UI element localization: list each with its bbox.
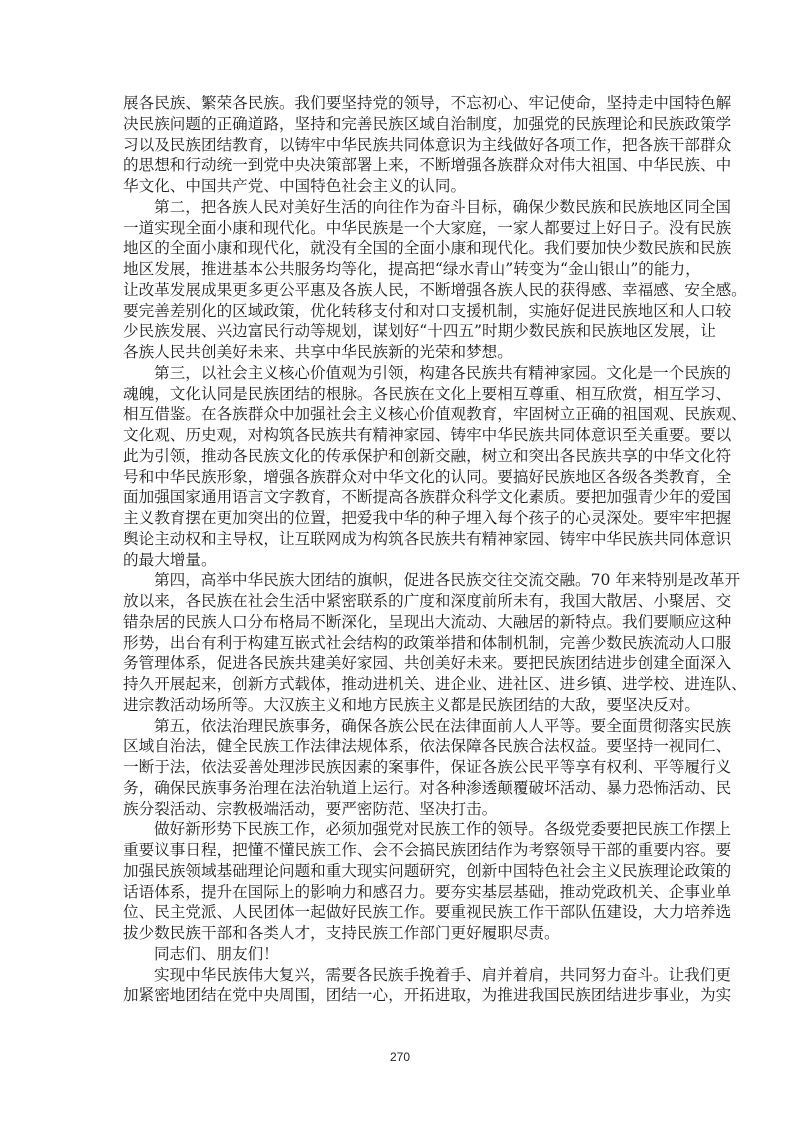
paragraph-1: 展各民族、繁荣各民族。我们要坚持党的领导，不忘初心、牢记使命，坚持走中国特色解 … [123, 93, 679, 197]
text-line: 让改革发展成果更多更公平惠及各族人民，不断增强各族人民的获得感、幸福感、安全感。 [123, 280, 679, 301]
text-line: 务，确保民族事务治理在法治轨道上运行。对各种渗透颠覆破坏活动、暴力恐怖活动、民 [123, 778, 679, 799]
text-line: 地区发展，推进基本公共服务均等化，提高把“绿水青山”转变为“金山银山”的能力， [123, 259, 679, 280]
text-line: 面加强国家通用语言文字教育，不断提高各族群众科学文化素质。要把加强青少年的爱国 [123, 487, 679, 508]
text-line: 少民族发展、兴边富民行动等规划，谋划好“十四五”时期少数民族和民族地区发展，让 [123, 321, 679, 342]
text-line: 加紧密地团结在党中央周围，团结一心，开拓进取，为推进我国民族团结进步事业，为实 [123, 985, 679, 1006]
text-line: 决民族问题的正确道路，坚持和完善民族区域自治制度，加强党的民族理论和民族政策学 [123, 114, 679, 135]
text-line: 第三，以社会主义核心价值观为引领，构建各民族共有精神家园。文化是一个民族的 [123, 363, 679, 384]
text-line: 持久开展起来，创新方式载体，推动进机关、进企业、进社区、进乡镇、进学校、进连队、 [123, 674, 679, 695]
text-line: 一道实现全面小康和现代化。中华民族是一个大家庭，一家人都要过上好日子。没有民族 [123, 218, 679, 239]
paragraph-8: 实现中华民族伟大复兴，需要各民族手挽着手、肩并着肩，共同努力奋斗。让我们更 加紧… [123, 965, 679, 1007]
text-line: 第二，把各族人民对美好生活的向往作为奋斗目标，确保少数民族和民族地区同全国 [123, 197, 679, 218]
text-line: 相互借鉴。在各族群众中加强社会主义核心价值观教育，牢固树立正确的祖国观、民族观、 [123, 404, 679, 425]
text-line: 文化观、历史观，对构筑各民族共有精神家园、铸牢中华民族共同体意识至关重要。要以 [123, 425, 679, 446]
text-line: 展各民族、繁荣各民族。我们要坚持党的领导，不忘初心、牢记使命，坚持走中国特色解 [123, 93, 679, 114]
text-line: 地区的全面小康和现代化，就没有全国的全面小康和现代化。我们要加快少数民族和民族 [123, 238, 679, 259]
paragraph-3: 第三，以社会主义核心价值观为引领，构建各民族共有精神家园。文化是一个民族的 魂魄… [123, 363, 679, 571]
text-line: 形势，出台有利于构建互嵌式社会结构的政策举措和体制机制，完善少数民族流动人口服 [123, 633, 679, 654]
text-line: 此为引领，推动各民族文化的传承保护和创新交融，树立和突出各民族共享的中华文化符 [123, 446, 679, 467]
text-line: 拔少数民族干部和各类人才，支持民族工作部门更好履职尽责。 [123, 923, 679, 944]
paragraph-7-salutation: 同志们、朋友们！ [123, 944, 679, 965]
text-line: 加强民族领域基础理论问题和重大现实问题研究，创新中国特色社会主义民族理论政策的 [123, 861, 679, 882]
text-line: 错杂居的民族人口分布格局不断深化，呈现出大流动、大融居的新特点。我们要顺应这种 [123, 612, 679, 633]
text-line: 一断于法，依法妥善处理涉民族因素的案事件，保证各族公民平等享有权利、平等履行义 [123, 757, 679, 778]
text-line: 实现中华民族伟大复兴，需要各民族手挽着手、肩并着肩，共同努力奋斗。让我们更 [123, 965, 679, 986]
text-line: 位、民主党派、人民团体一起做好民族工作。要重视民族工作干部队伍建设，大力培养选 [123, 902, 679, 923]
text-line: 第五，依法治理民族事务，确保各族公民在法律面前人人平等。要全面贯彻落实民族 [123, 716, 679, 737]
text-line: 务管理体系，促进各民族共建美好家园、共创美好未来。要把民族团结进步创建全面深入 [123, 653, 679, 674]
text-line: 习以及民族团结教育，以铸牢中华民族共同体意识为主线做好各项工作，把各族干部群众 [123, 135, 679, 156]
text-line: 话语体系，提升在国际上的影响力和感召力。要夯实基层基础，推动党政机关、企事业单 [123, 882, 679, 903]
text-line: 区域自治法，健全民族工作法律法规体系，依法保障各民族合法权益。要坚持一视同仁、 [123, 736, 679, 757]
text-line: 族分裂活动、宗教极端活动，要严密防范、坚决打击。 [123, 799, 679, 820]
page-body: 展各民族、繁荣各民族。我们要坚持党的领导，不忘初心、牢记使命，坚持走中国特色解 … [123, 93, 679, 1006]
text-line: 做好新形势下民族工作，必须加强党对民族工作的领导。各级党委要把民族工作摆上 [123, 819, 679, 840]
text-line: 主义教育摆在更加突出的位置，把爱我中华的种子埋入每个孩子的心灵深处。要牢牢把握 [123, 508, 679, 529]
text-line: 进宗教活动场所等。大汉族主义和地方民族主义都是民族团结的大敌，要坚决反对。 [123, 695, 679, 716]
text-line: 号和中华民族形象，增强各族群众对中华文化的认同。要搞好民族地区各级各类教育，全 [123, 467, 679, 488]
text-line: 第四，高举中华民族大团结的旗帜，促进各民族交往交流交融。70 年来特别是改革开 [123, 570, 679, 591]
text-line: 各族人民共创美好未来、共享中华民族新的光荣和梦想。 [123, 342, 679, 363]
paragraph-4: 第四，高举中华民族大团结的旗帜，促进各民族交往交流交融。70 年来特别是改革开 … [123, 570, 679, 715]
text-line: 舆论主动权和主导权，让互联网成为构筑各民族共有精神家园、铸牢中华民族共同体意识 [123, 529, 679, 550]
text-line: 华文化、中国共产党、中国特色社会主义的认同。 [123, 176, 679, 197]
text-line: 同志们、朋友们！ [123, 944, 679, 965]
paragraph-2: 第二，把各族人民对美好生活的向往作为奋斗目标，确保少数民族和民族地区同全国 一道… [123, 197, 679, 363]
text-line: 重要议事日程，把懂不懂民族工作、会不会搞民族团结作为考察领导干部的重要内容。要 [123, 840, 679, 861]
text-line: 魂魄，文化认同是民族团结的根脉。各民族在文化上要相互尊重、相互欣赏，相互学习、 [123, 384, 679, 405]
text-line: 的思想和行动统一到党中央决策部署上来，不断增强各族群众对伟大祖国、中华民族、中 [123, 155, 679, 176]
text-line: 的最大增量。 [123, 550, 679, 571]
paragraph-6: 做好新形势下民族工作，必须加强党对民族工作的领导。各级党委要把民族工作摆上 重要… [123, 819, 679, 944]
text-line: 放以来，各民族在社会生活中紧密联系的广度和深度前所未有，我国大散居、小聚居、交 [123, 591, 679, 612]
paragraph-5: 第五，依法治理民族事务，确保各族公民在法律面前人人平等。要全面贯彻落实民族 区域… [123, 716, 679, 820]
text-line: 要完善差别化的区域政策，优化转移支付和对口支援机制，实施好促进民族地区和人口较 [123, 301, 679, 322]
page-number: 270 [0, 1050, 800, 1064]
